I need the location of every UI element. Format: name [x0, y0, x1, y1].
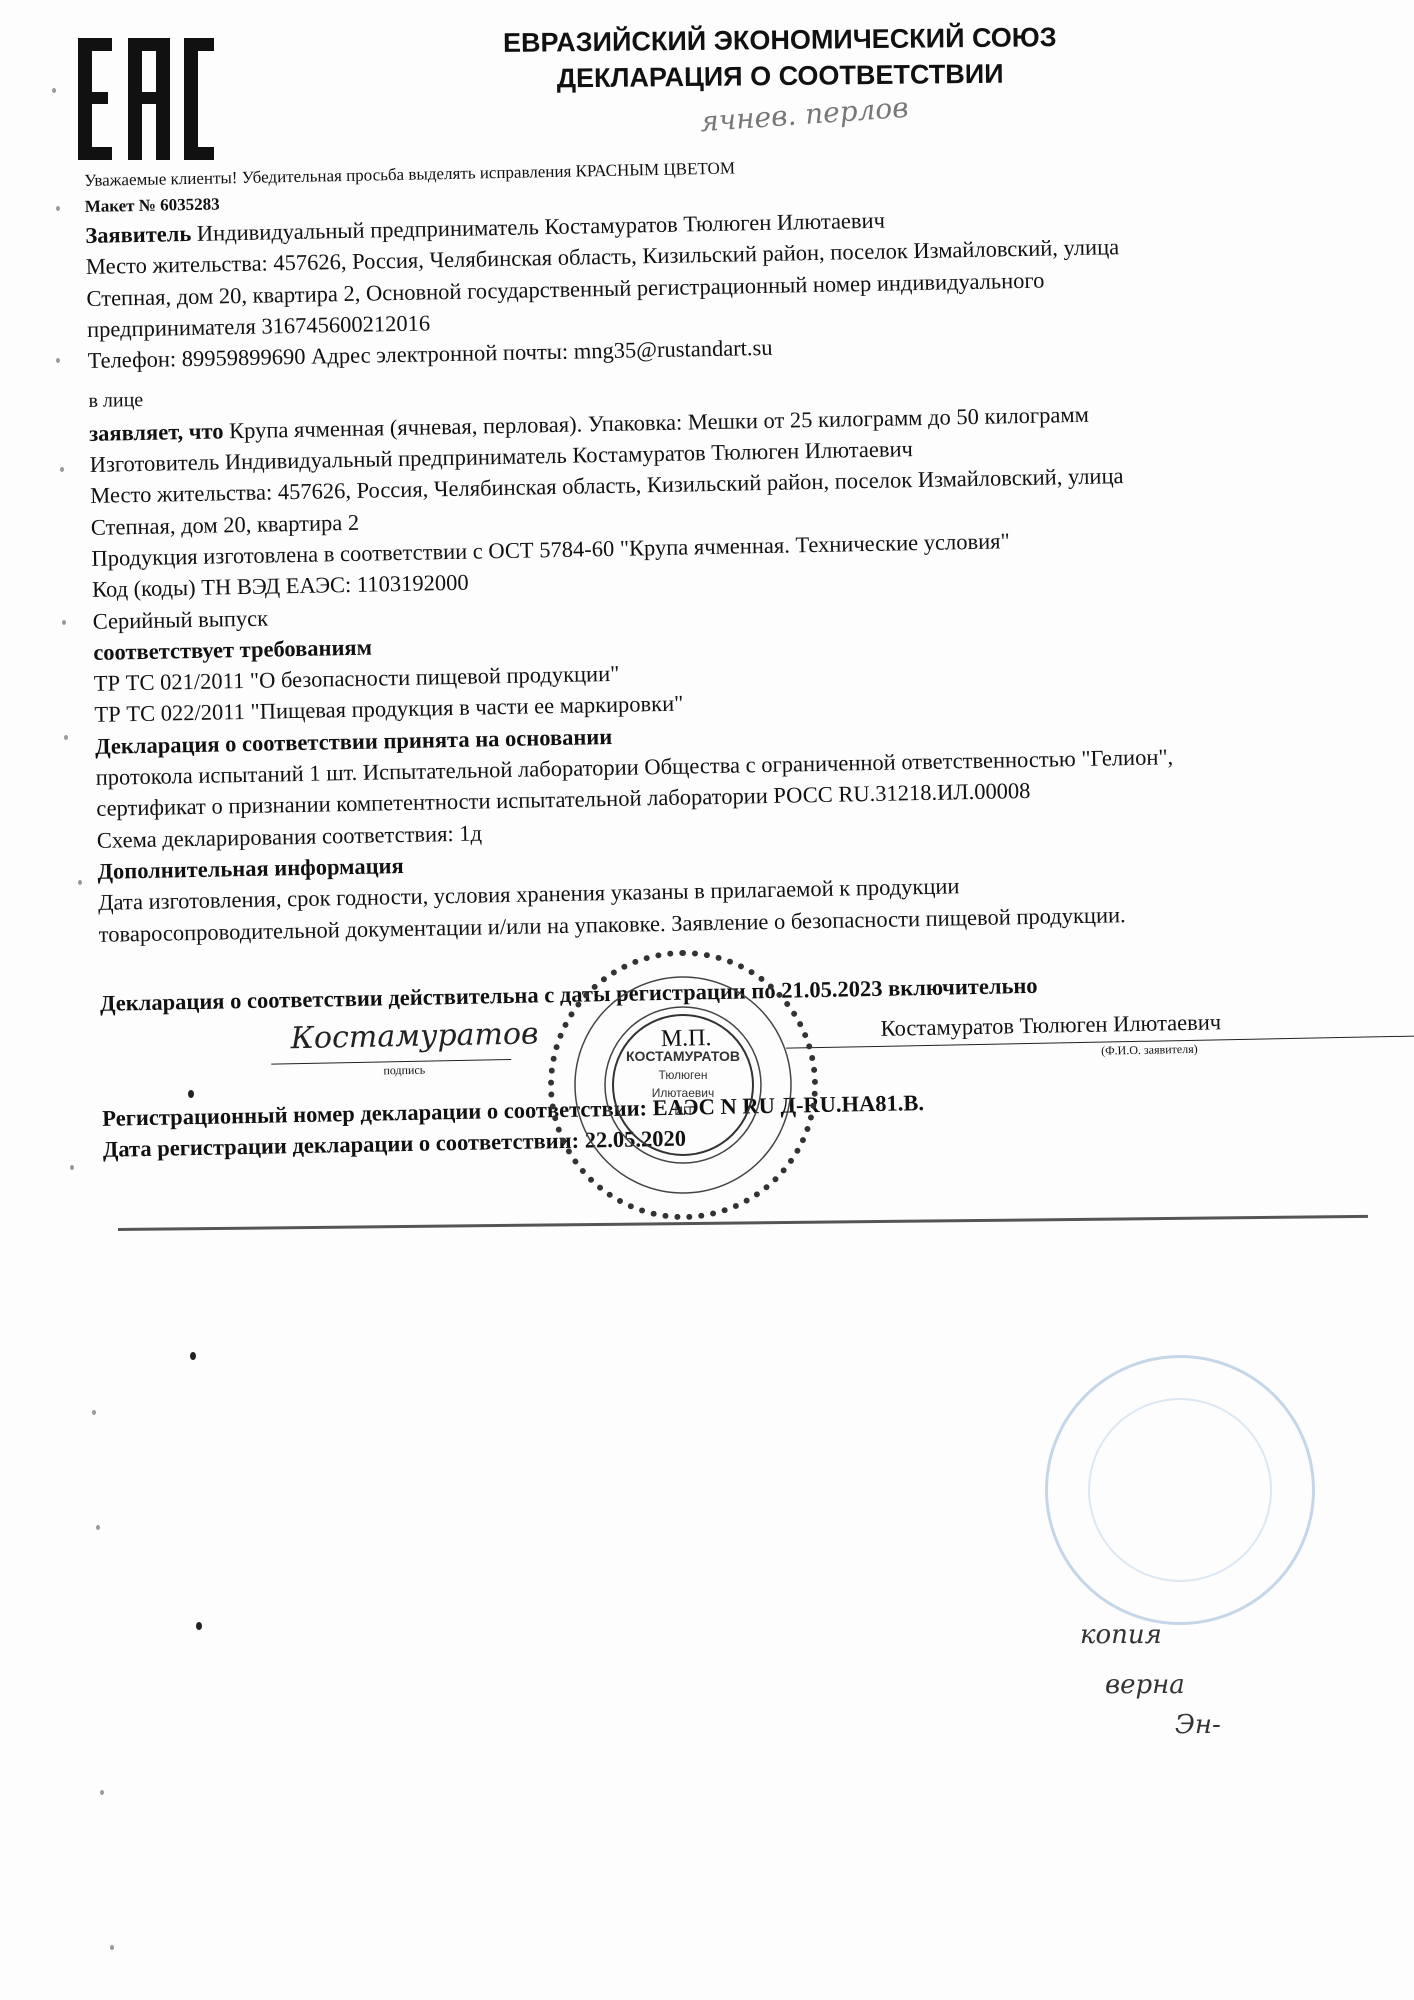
scan-dot [60, 467, 64, 472]
applicant-label: Заявитель [85, 221, 191, 248]
scan-dot [78, 880, 82, 885]
scan-dot [70, 1165, 74, 1170]
scan-dot [56, 206, 60, 211]
scan-dot [190, 1352, 196, 1360]
scan-dot [196, 1622, 202, 1630]
declaration-page: ЕВРАЗИЙСКИЙ ЭКОНОМИЧЕСКИЙ СОЮЗ ДЕКЛАРАЦИ… [0, 0, 1414, 2000]
scan-dot [62, 620, 66, 625]
seal-center: КОСТАМУРАТОВ Тюлюген Илютаевич ИП [612, 1014, 754, 1156]
scan-dot [64, 735, 68, 740]
scan-dot [96, 1525, 100, 1530]
scan-dot [110, 1945, 114, 1950]
registration-date-label: Дата регистрации декларации о соответств… [103, 1128, 580, 1162]
document-header: ЕВРАЗИЙСКИЙ ЭКОНОМИЧЕСКИЙ СОЮЗ ДЕКЛАРАЦИ… [470, 19, 1091, 97]
seal-name: Тюлюген [614, 1068, 752, 1082]
handwritten-true-note: верна [1105, 1670, 1185, 1700]
signature-caption: подпись [383, 1063, 425, 1079]
seal-ip: ИП [614, 1104, 752, 1118]
declares-label: заявляет, что [89, 418, 224, 446]
handwritten-signature: Костамуратов [290, 1017, 538, 1057]
header-declaration-title: ДЕКЛАРАЦИЯ О СООТВЕТСТВИИ [470, 55, 1090, 97]
scan-dot [52, 88, 56, 93]
handwritten-product-note: ячнев. перлов [699, 91, 909, 138]
handwritten-copy-note: копия [1080, 1620, 1162, 1650]
bottom-rule [118, 1215, 1368, 1231]
seal-patronymic: Илютаевич [614, 1086, 752, 1100]
eac-mark-icon [78, 38, 213, 160]
scan-dot [92, 1410, 96, 1415]
handwritten-initials: Эн- [1175, 1710, 1221, 1740]
faint-blue-seal-icon [1045, 1355, 1315, 1625]
name-caption: (Ф.И.О. заявителя) [1101, 1042, 1198, 1059]
scan-dot [100, 1790, 104, 1795]
applicant-full-name: Костамуратов Тюлюген Илютаевич [880, 1009, 1221, 1042]
scan-dot [56, 358, 60, 363]
scan-dot [188, 1090, 194, 1098]
seal-surname: КОСТАМУРАТОВ [614, 1048, 752, 1064]
company-seal: КОСТАМУРАТОВ Тюлюген Илютаевич ИП [548, 950, 818, 1220]
